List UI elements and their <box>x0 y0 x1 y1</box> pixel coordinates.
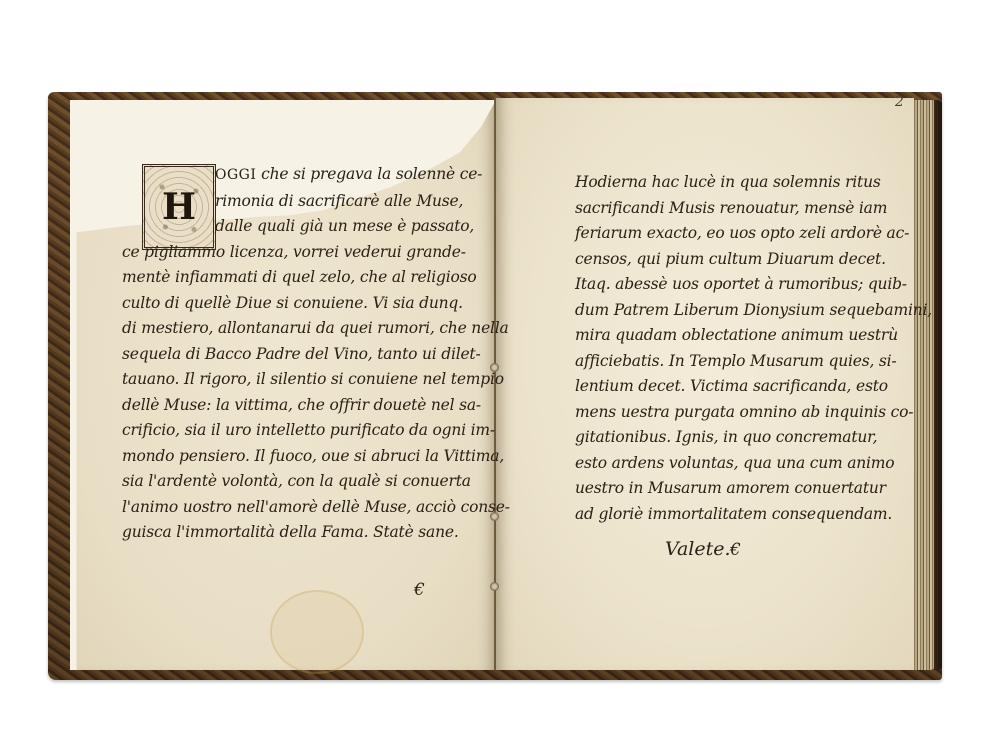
text-line: ad gloriè immortalitatem consequendam. <box>575 502 885 528</box>
left-page-text: OGGI che si pregava la solennè ce- rimon… <box>122 162 462 546</box>
text-line: lentium decet. Victima sacrificanda, est… <box>575 374 885 400</box>
text-line: sequela di Bacco Padre del Vino, tanto u… <box>122 342 462 368</box>
page-number: 2 <box>895 94 904 110</box>
text-line: uestro in Musarum amorem conuertatur <box>575 476 885 502</box>
text-line: rimonia di sacrificarè alle Muse, <box>122 189 462 215</box>
catchword-flourish-icon: € <box>414 580 425 600</box>
right-page-text: Hodierna hac lucè in qua solemnis ritus … <box>575 170 885 527</box>
text-line: esto ardens voluntas, qua una cum animo <box>575 451 885 477</box>
text-line: culto di quellè Diue si conuiene. Vi sia… <box>122 291 462 317</box>
closing-valete: Valete. <box>665 538 731 560</box>
text-line: censos, qui pium cultum Diuarum decet. <box>575 247 885 273</box>
text-line: sia l'ardentè volontà, con la qualè si c… <box>122 469 462 495</box>
text-line: dalle quali già un mese è passato, <box>122 214 462 240</box>
text-line: mondo pensiero. Il fuoco, oue si abruci … <box>122 444 462 470</box>
text-line: l'animo uostro nell'amorè dellè Muse, ac… <box>122 495 462 521</box>
text-line: dum Patrem Liberum Dionysium sequebamini… <box>575 298 885 324</box>
text-line: mira quadam oblectatione animum uestrù <box>575 323 885 349</box>
text-line: di mestiero, allontanarui da quei rumori… <box>122 316 462 342</box>
text-line: gitationibus. Ignis, in quo concrematur, <box>575 425 885 451</box>
text-line: tauano. Il rigoro, il silentio si conuie… <box>122 367 462 393</box>
text-line: dellè Muse: la vittima, che offrir douet… <box>122 393 462 419</box>
first-word-caps: OGGI <box>215 167 256 183</box>
text-line: afficiebatis. In Templo Musarum quies, s… <box>575 349 885 375</box>
text-line: guisca l'immortalità della Fama. Statè s… <box>122 520 462 546</box>
binding-stitch <box>490 582 499 591</box>
text-line: OGGI che si pregava la solennè ce- <box>122 162 462 189</box>
text-line: ce pigliammo licenza, vorrei vederui gra… <box>122 240 462 266</box>
text-line: Itaq. abessè uos oportet à rumoribus; qu… <box>575 272 885 298</box>
water-stain <box>270 590 364 674</box>
page-block-edges <box>912 100 936 670</box>
text-line: feriarum exacto, eo uos opto zeli ardorè… <box>575 221 885 247</box>
text-line: crificio, sia il uro intelletto purifica… <box>122 418 462 444</box>
text-line: sacrificandi Musis renouatur, mensè iam <box>575 196 885 222</box>
closing-flourish-icon: € <box>730 540 741 560</box>
text-line: mentè infiammati di quel zelo, che al re… <box>122 265 462 291</box>
text-line: mens uestra purgata omnino ab inquinis c… <box>575 400 885 426</box>
text-line: Hodierna hac lucè in qua solemnis ritus <box>575 170 885 196</box>
